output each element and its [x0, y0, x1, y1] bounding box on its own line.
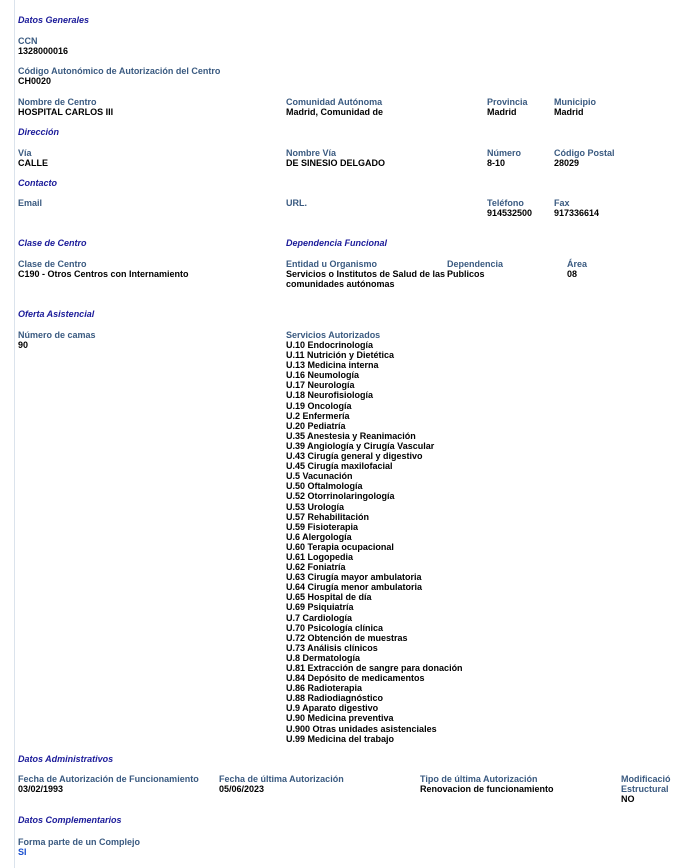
field-dependency: Dependencia Publicos [447, 259, 503, 279]
entity-value-line2: comunidades autónomas [286, 279, 445, 289]
service-item: U.9 Aparato digestivo [286, 703, 463, 713]
field-last-auth-type: Tipo de última Autorización Renovacion d… [420, 774, 554, 794]
province-label: Provincia [487, 97, 528, 107]
ccn-value: 1328000016 [18, 46, 68, 56]
number-value: 8-10 [487, 158, 521, 168]
last-auth-date-label: Fecha de última Autorización [219, 774, 344, 784]
section-title-address: Dirección [18, 127, 59, 137]
postal-code-value: 28029 [554, 158, 615, 168]
service-item: U.65 Hospital de día [286, 592, 463, 602]
field-auth-date: Fecha de Autorización de Funcionamiento … [18, 774, 199, 794]
field-community: Comunidad Autónoma Madrid, Comunidad de [286, 97, 383, 117]
service-item: U.63 Cirugía mayor ambulatoria [286, 572, 463, 582]
field-province: Provincia Madrid [487, 97, 528, 117]
service-item: U.57 Rehabilitación [286, 512, 463, 522]
phone-label: Teléfono [487, 198, 532, 208]
service-item: U.45 Cirugía maxilofacial [286, 461, 463, 471]
service-item: U.62 Foniatría [286, 562, 463, 572]
autonomic-code-value: CH0020 [18, 76, 220, 86]
area-value: 08 [567, 269, 587, 279]
service-item: U.59 Fisioterapia [286, 522, 463, 532]
service-item: U.90 Medicina preventiva [286, 713, 463, 723]
complex-label: Forma parte de un Complejo [18, 837, 140, 847]
entity-label: Entidad u Organismo [286, 259, 445, 269]
number-label: Número [487, 148, 521, 158]
service-item: U.18 Neurofisiología [286, 390, 463, 400]
service-item: U.69 Psiquiatría [286, 602, 463, 612]
services-label: Servicios Autorizados [286, 330, 463, 340]
field-phone: Teléfono 914532500 [487, 198, 532, 218]
service-item: U.50 Oftalmología [286, 481, 463, 491]
section-title-general: Datos Generales [18, 15, 89, 25]
service-item: U.35 Anestesia y Reanimación [286, 431, 463, 441]
ccn-label: CCN [18, 36, 68, 46]
field-center-class: Clase de Centro C190 - Otros Centros con… [18, 259, 189, 279]
field-fax: Fax 917336614 [554, 198, 599, 218]
dependency-value: Publicos [447, 269, 503, 279]
field-last-auth-date: Fecha de última Autorización 05/06/2023 [219, 774, 344, 794]
field-email: Email [18, 198, 42, 208]
section-title-center-class: Clase de Centro [18, 238, 87, 248]
service-item: U.43 Cirugía general y digestivo [286, 451, 463, 461]
structural-mod-label-line2: Estructural [621, 784, 690, 794]
field-center-name: Nombre de Centro HOSPITAL CARLOS III [18, 97, 113, 117]
phone-value: 914532500 [487, 208, 532, 218]
url-label: URL. [286, 198, 307, 208]
center-name-label: Nombre de Centro [18, 97, 113, 107]
service-item: U.8 Dermatología [286, 653, 463, 663]
section-title-contact: Contacto [18, 178, 57, 188]
street-name-label: Nombre Vía [286, 148, 385, 158]
area-label: Área [567, 259, 587, 269]
via-label: Vía [18, 148, 48, 158]
section-title-care-offer: Oferta Asistencial [18, 309, 94, 319]
service-item: U.11 Nutrición y Dietética [286, 350, 463, 360]
last-auth-type-label: Tipo de última Autorización [420, 774, 554, 784]
community-value: Madrid, Comunidad de [286, 107, 383, 117]
center-class-value: C190 - Otros Centros con Internamiento [18, 269, 189, 279]
structural-mod-value: NO [621, 794, 690, 804]
field-structural-mod: Modificació Estructural NO [621, 774, 690, 804]
service-item: U.72 Obtención de muestras [286, 633, 463, 643]
municipality-label: Municipio [554, 97, 596, 107]
field-postal-code: Código Postal 28029 [554, 148, 615, 168]
field-street-name: Nombre Vía DE SINESIO DELGADO [286, 148, 385, 168]
fax-label: Fax [554, 198, 599, 208]
field-municipality: Municipio Madrid [554, 97, 596, 117]
auth-date-value: 03/02/1993 [18, 784, 199, 794]
service-item: U.73 Análisis clínicos [286, 643, 463, 653]
service-item: U.2 Enfermería [286, 411, 463, 421]
field-autonomic-code: Código Autonómico de Autorización del Ce… [18, 66, 220, 86]
service-item: U.60 Terapia ocupacional [286, 542, 463, 552]
service-item: U.6 Alergología [286, 532, 463, 542]
service-item: U.86 Radioterapia [286, 683, 463, 693]
services-list: U.10 EndocrinologíaU.11 Nutrición y Diet… [286, 340, 463, 744]
last-auth-date-value: 05/06/2023 [219, 784, 344, 794]
service-item: U.70 Psicología clínica [286, 623, 463, 633]
field-complex: Forma parte de un Complejo SI [18, 837, 140, 857]
service-item: U.10 Endocrinología [286, 340, 463, 350]
service-item: U.64 Cirugía menor ambulatoria [286, 582, 463, 592]
municipality-value: Madrid [554, 107, 596, 117]
section-title-functional-dependency: Dependencia Funcional [286, 238, 387, 248]
field-number: Número 8-10 [487, 148, 521, 168]
center-class-label: Clase de Centro [18, 259, 189, 269]
entity-value-line1: Servicios o Institutos de Salud de las [286, 269, 445, 279]
service-item: U.81 Extracción de sangre para donación [286, 663, 463, 673]
service-item: U.53 Urología [286, 502, 463, 512]
service-item: U.17 Neurología [286, 380, 463, 390]
service-item: U.16 Neumología [286, 370, 463, 380]
field-via: Vía CALLE [18, 148, 48, 168]
email-label: Email [18, 198, 42, 208]
structural-mod-label-line1: Modificació [621, 774, 690, 784]
field-entity: Entidad u Organismo Servicios o Institut… [286, 259, 445, 289]
field-beds: Número de camas 90 [18, 330, 96, 350]
field-ccn: CCN 1328000016 [18, 36, 68, 56]
beds-label: Número de camas [18, 330, 96, 340]
service-item: U.13 Medicina interna [286, 360, 463, 370]
left-border [14, 0, 15, 868]
street-name-value: DE SINESIO DELGADO [286, 158, 385, 168]
autonomic-code-label: Código Autonómico de Autorización del Ce… [18, 66, 220, 76]
service-item: U.7 Cardiología [286, 613, 463, 623]
section-title-administrative: Datos Administrativos [18, 754, 113, 764]
last-auth-type-value: Renovacion de funcionamiento [420, 784, 554, 794]
service-item: U.39 Angiología y Cirugía Vascular [286, 441, 463, 451]
section-title-complementary: Datos Complementarios [18, 815, 122, 825]
service-item: U.88 Radiodiagnóstico [286, 693, 463, 703]
service-item: U.52 Otorrinolaringología [286, 491, 463, 501]
service-item: U.900 Otras unidades asistenciales [286, 724, 463, 734]
auth-date-label: Fecha de Autorización de Funcionamiento [18, 774, 199, 784]
service-item: U.84 Depósito de medicamentos [286, 673, 463, 683]
center-name-value: HOSPITAL CARLOS III [18, 107, 113, 117]
complex-value-link[interactable]: SI [18, 847, 140, 857]
service-item: U.19 Oncología [286, 401, 463, 411]
community-label: Comunidad Autónoma [286, 97, 383, 107]
field-area: Área 08 [567, 259, 587, 279]
service-item: U.5 Vacunación [286, 471, 463, 481]
service-item: U.99 Medicina del trabajo [286, 734, 463, 744]
province-value: Madrid [487, 107, 528, 117]
via-value: CALLE [18, 158, 48, 168]
postal-code-label: Código Postal [554, 148, 615, 158]
fax-value: 917336614 [554, 208, 599, 218]
service-item: U.61 Logopedia [286, 552, 463, 562]
dependency-label: Dependencia [447, 259, 503, 269]
field-services: Servicios Autorizados U.10 Endocrinologí… [286, 330, 463, 744]
field-url: URL. [286, 198, 307, 208]
service-item: U.20 Pediatría [286, 421, 463, 431]
beds-value: 90 [18, 340, 96, 350]
